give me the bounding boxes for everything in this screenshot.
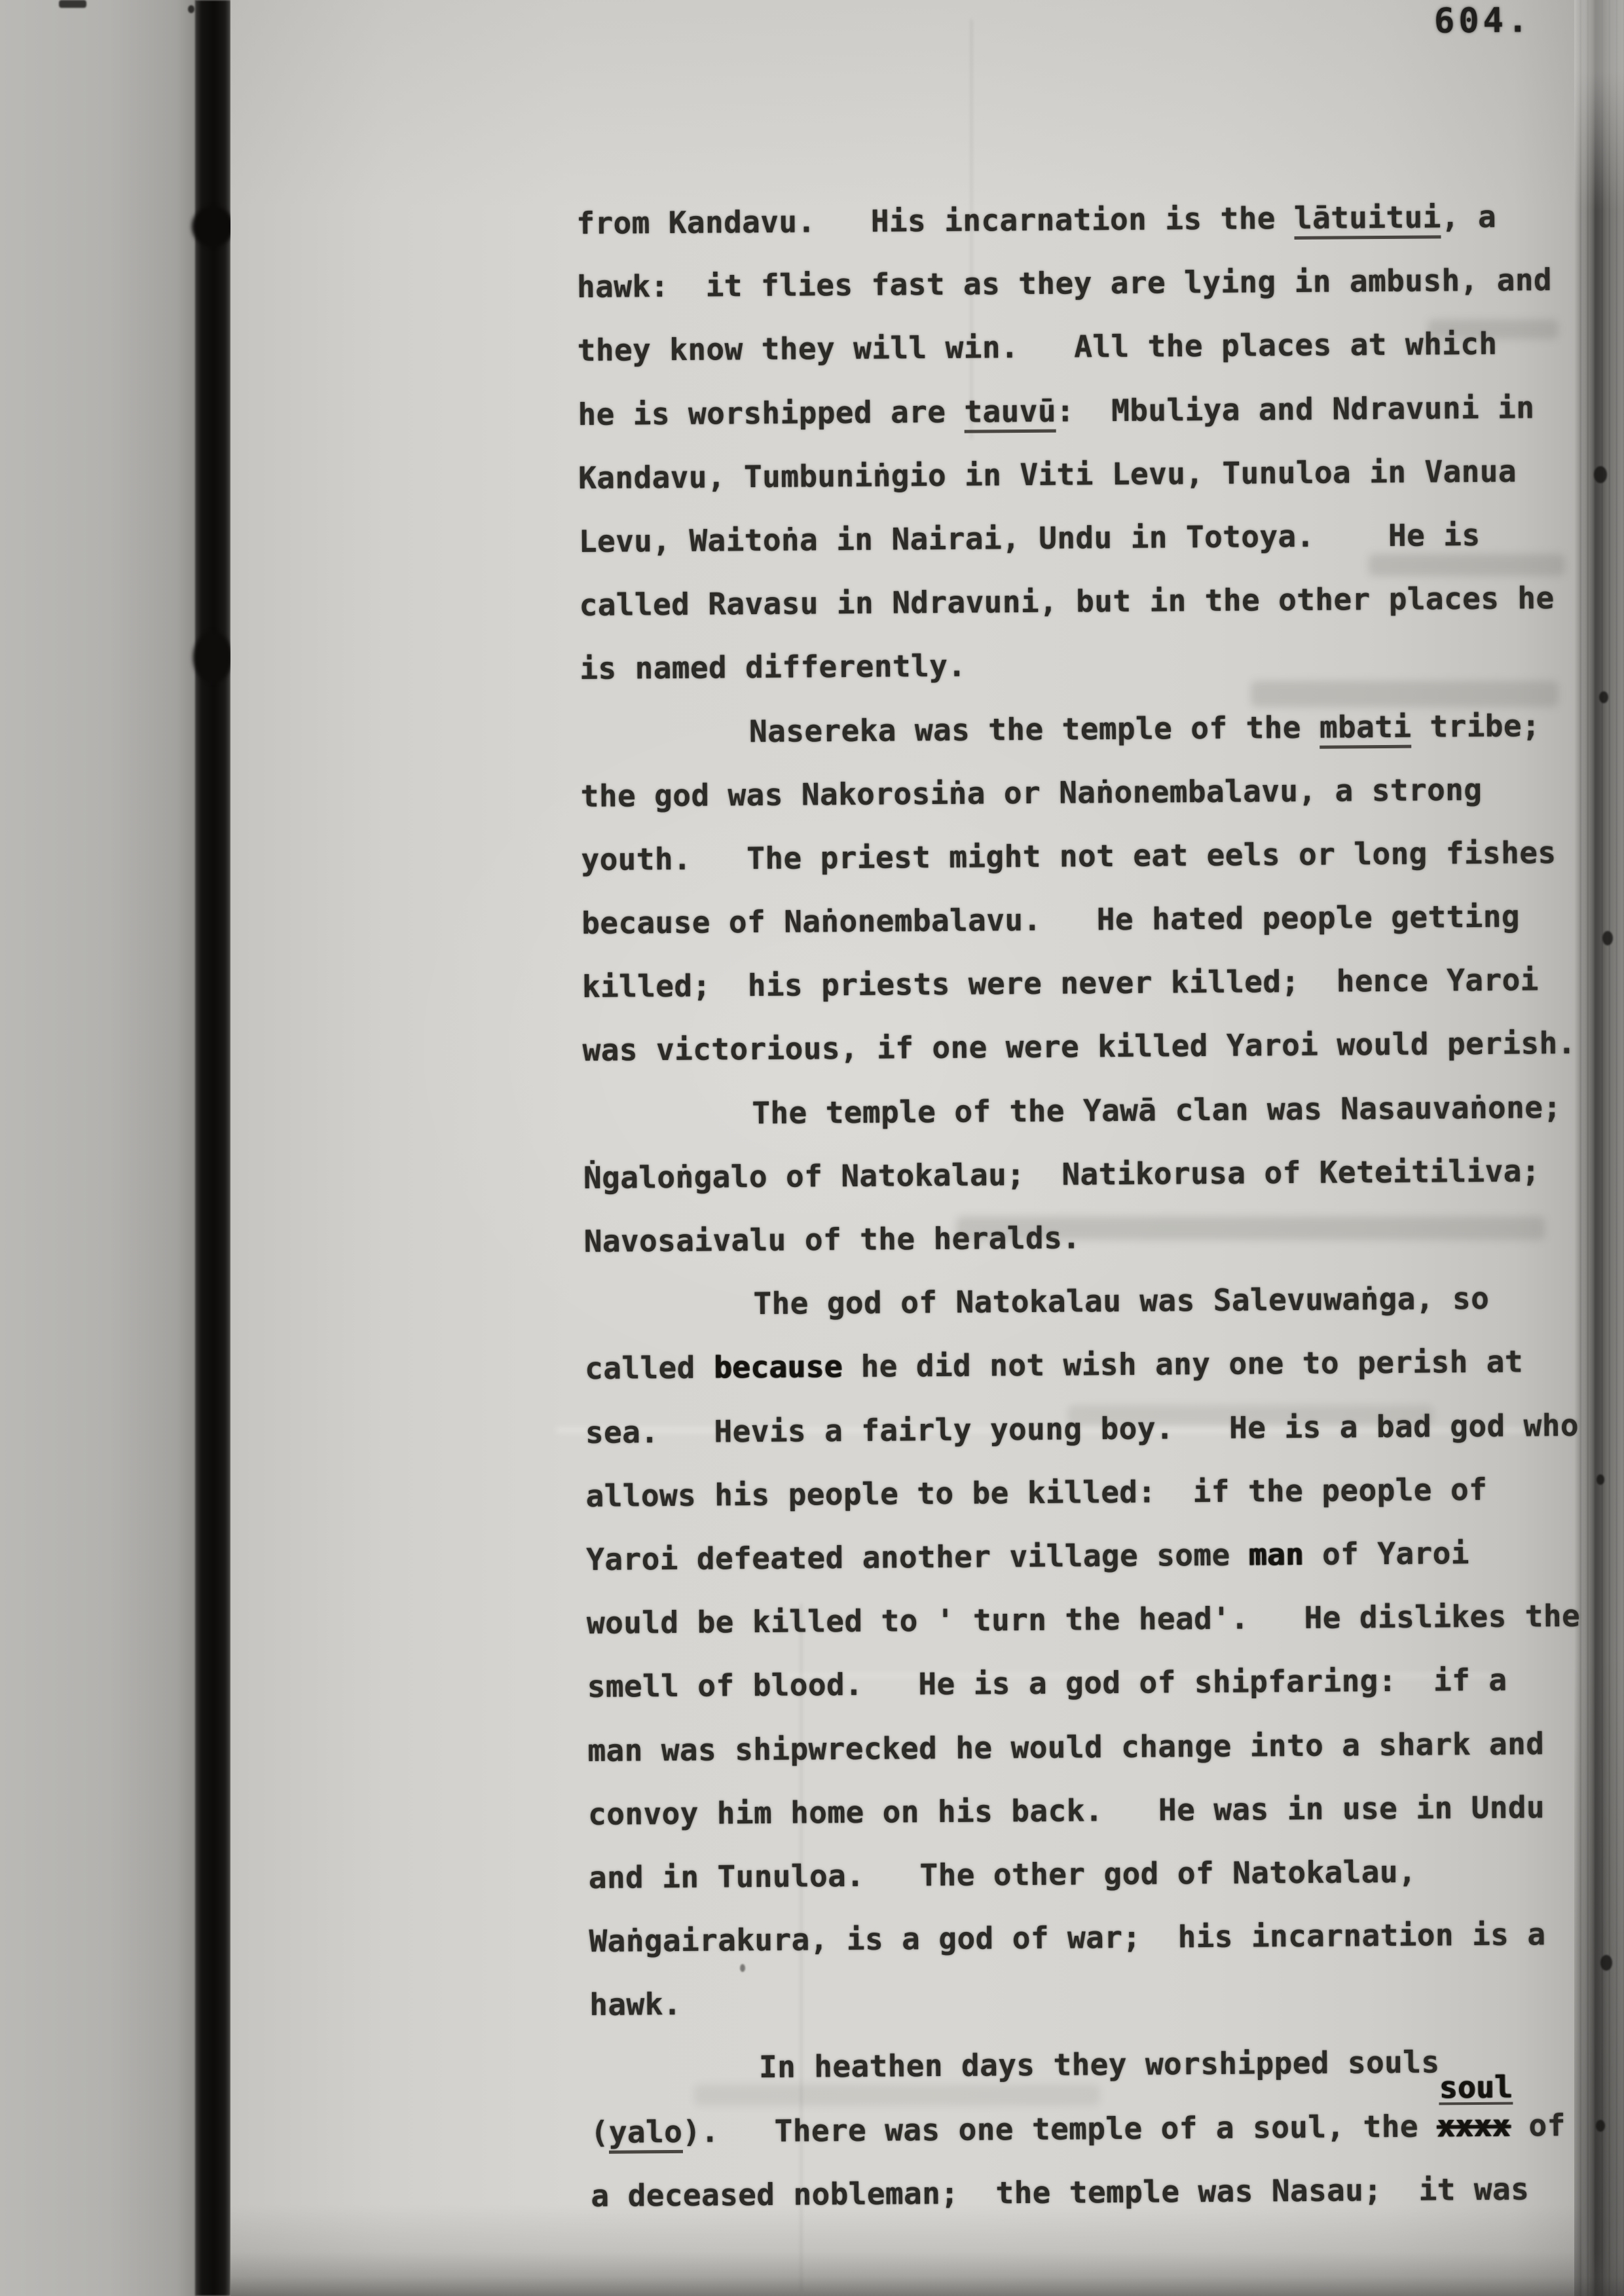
typewritten-line: The god of Natokalau was Salevuwaṅga, so xyxy=(584,1266,1578,1337)
text-segment: : Mbuliya and Ndravuni in xyxy=(1056,390,1535,428)
typewritten-line: (yalo). There was one temple of a soul, … xyxy=(590,2093,1584,2164)
typewritten-line: Kandavu, Tumbuniṅgio in Viti Levu, Tunul… xyxy=(578,439,1572,510)
typewritten-line: In heathen days they worshipped souls xyxy=(590,2030,1584,2100)
text-segment: The god of Natokalau was Salevuwaṅga, so xyxy=(753,1281,1489,1321)
text-segment: ). There was one temple of a soul, the xyxy=(682,2108,1437,2149)
text-segment: he is worshipped are xyxy=(578,393,964,431)
text-segment: called Ravasu in Ndravuni, but in the ot… xyxy=(579,580,1554,623)
text-segment: of Yaroi xyxy=(1304,1535,1469,1572)
text-segment: xxxxsoul xyxy=(1437,2107,1511,2143)
text-segment: the god was Nakorosiṅa or Naṅonembalavu,… xyxy=(581,772,1483,814)
typewritten-line: convoy him home on his back. He was in u… xyxy=(588,1776,1582,1846)
text-segment: they know they will win. All the places … xyxy=(578,326,1498,368)
text-segment: Waṅgairakura, is a god of war; his incar… xyxy=(589,1916,1545,1959)
text-segment: Kandavu, Tumbuniṅgio in Viti Levu, Tunul… xyxy=(578,453,1517,496)
text-segment: is named differently. xyxy=(580,648,966,686)
text-segment: a deceased nobleman; the temple was Nasa… xyxy=(591,2171,1529,2214)
underlined-term: mbati xyxy=(1319,708,1412,748)
bottom-edge-shade xyxy=(231,2252,1624,2296)
underlined-term: tauvū xyxy=(964,393,1056,433)
text-segment: called xyxy=(585,1350,714,1386)
typewritten-text-block: from Kandavu. His incarnation is the lāt… xyxy=(576,185,1585,2228)
text-segment: Ṅgaloṅgalo of Natokalau; Natikorusa of K… xyxy=(583,1153,1540,1195)
typewritten-line: he is worshipped are tauvū: Mbuliya and … xyxy=(578,375,1572,446)
typewritten-line: called Ravasu in Ndravuni, but in the ot… xyxy=(579,566,1573,637)
scan-speck xyxy=(1596,1474,1604,1485)
text-segment: In heathen days they worshipped souls xyxy=(759,2045,1440,2085)
text-segment: man xyxy=(1248,1537,1304,1573)
typewritten-line: called because he did not wish any one t… xyxy=(585,1330,1579,1400)
binding-cord xyxy=(195,0,231,2296)
scan-speck xyxy=(1594,466,1607,483)
text-segment: Nasereka was the temple of the xyxy=(749,709,1319,748)
typewritten-line: smell of blood. He is a god of shipfarin… xyxy=(587,1648,1581,1719)
text-segment: would be killed to ' turn the head'. He … xyxy=(587,1598,1580,1641)
typewritten-line: youth. The priest might not eat eels or … xyxy=(581,821,1575,892)
text-segment: and in Tunuloa. The other god of Natokal… xyxy=(589,1854,1417,1895)
text-segment: hawk: it flies fast as they are lying in… xyxy=(577,262,1552,304)
text-segment: from Kandavu. His incarnation is the xyxy=(576,200,1294,241)
scan-speck xyxy=(1602,931,1613,945)
scan-speck xyxy=(188,5,194,13)
scan-speck xyxy=(1600,1955,1612,1971)
typewritten-line: would be killed to ' turn the head'. He … xyxy=(587,1584,1581,1655)
text-segment: The temple of the Yawā clan was Nasauvaṅ… xyxy=(752,1089,1562,1131)
underlined-term: lātuitui xyxy=(1294,199,1441,240)
typewritten-line: was victorious, if one were killed Yaroi… xyxy=(582,1011,1576,1082)
text-segment: of xyxy=(1510,2107,1566,2143)
text-segment: ( xyxy=(591,2114,610,2149)
typewritten-line: because of Naṅonembalavu. He hated peopl… xyxy=(581,884,1576,955)
typewritten-line: is named differently. xyxy=(580,630,1574,701)
text-segment: because xyxy=(714,1349,843,1385)
typewritten-line: hawk: it flies fast as they are lying in… xyxy=(577,248,1571,319)
text-segment: killed; his priests were never killed; h… xyxy=(582,962,1539,1005)
underlined-term: yalo xyxy=(609,2114,683,2154)
typewritten-line: Nasereka was the temple of the mbati tri… xyxy=(580,693,1574,764)
typewritten-line: Navosaivalu of the heralds. xyxy=(583,1203,1578,1273)
scan-speck xyxy=(59,0,86,8)
text-segment: tribe; xyxy=(1411,708,1540,744)
typewritten-line: The temple of the Yawā clan was Nasauvaṅ… xyxy=(583,1075,1577,1146)
text-segment: Levu, Waitoṅa in Nairai, Undu in Totoya.… xyxy=(579,517,1481,559)
typewritten-line: hawk. xyxy=(589,1966,1583,2037)
text-segment: was victorious, if one were killed Yaroi… xyxy=(582,1025,1576,1068)
text-segment: Yaroi defeated another village some xyxy=(586,1537,1249,1576)
text-segment: convoy him home on his back. He was in u… xyxy=(588,1789,1545,1832)
page-number: 604. xyxy=(1434,1,1532,41)
typewritten-line: they know they will win. All the places … xyxy=(577,312,1571,382)
typewritten-line: a deceased nobleman; the temple was Nasa… xyxy=(591,2157,1585,2228)
typewritten-line: Yaroi defeated another village some man … xyxy=(586,1521,1580,1592)
text-segment: he did not wish any one to perish at xyxy=(842,1344,1523,1385)
typewritten-line: Waṅgairakura, is a god of war; his incar… xyxy=(589,1903,1583,1973)
typewritten-line: man was shipwrecked he would change into… xyxy=(587,1711,1581,1782)
typewritten-line: from Kandavu. His incarnation is the lāt… xyxy=(576,185,1570,255)
text-segment: youth. The priest might not eat eels or … xyxy=(581,835,1556,877)
typewritten-line: killed; his priests were never killed; h… xyxy=(582,948,1576,1019)
text-segment: because of Naṅonembalavu. He hated peopl… xyxy=(581,899,1520,941)
typewritten-line: allows his people to be killed: if the p… xyxy=(585,1457,1579,1528)
text-segment: Navosaivalu of the heralds. xyxy=(584,1220,1081,1259)
text-segment: allows his people to be killed: if the p… xyxy=(585,1472,1487,1514)
typewritten-line: Levu, Waitoṅa in Nairai, Undu in Totoya.… xyxy=(579,503,1573,574)
text-segment: smell of blood. He is a god of shipfarin… xyxy=(587,1662,1507,1704)
text-segment: hawk. xyxy=(589,1986,682,2022)
text-segment: sea. Hevis a fairly young boy. He is a b… xyxy=(585,1407,1579,1449)
text-segment: , a xyxy=(1441,199,1497,235)
typed-correction-above: soul xyxy=(1439,2071,1513,2105)
scan-speck xyxy=(1599,691,1608,703)
typewritten-line: sea. Hevis a fairly young boy. He is a b… xyxy=(585,1393,1579,1464)
text-segment: man was shipwrecked he would change into… xyxy=(587,1726,1544,1768)
typewritten-line: and in Tunuloa. The other god of Natokal… xyxy=(589,1839,1583,1910)
typewritten-line: Ṅgaloṅgalo of Natokalau; Natikorusa of K… xyxy=(583,1139,1578,1210)
typewritten-line: the god was Nakorosiṅa or Naṅonembalavu,… xyxy=(580,757,1574,828)
scanned-page: 604. from Kandavu. His incarnation is th… xyxy=(0,0,1624,2296)
scan-left-margin xyxy=(0,0,196,2296)
scan-speck xyxy=(1596,2120,1605,2132)
